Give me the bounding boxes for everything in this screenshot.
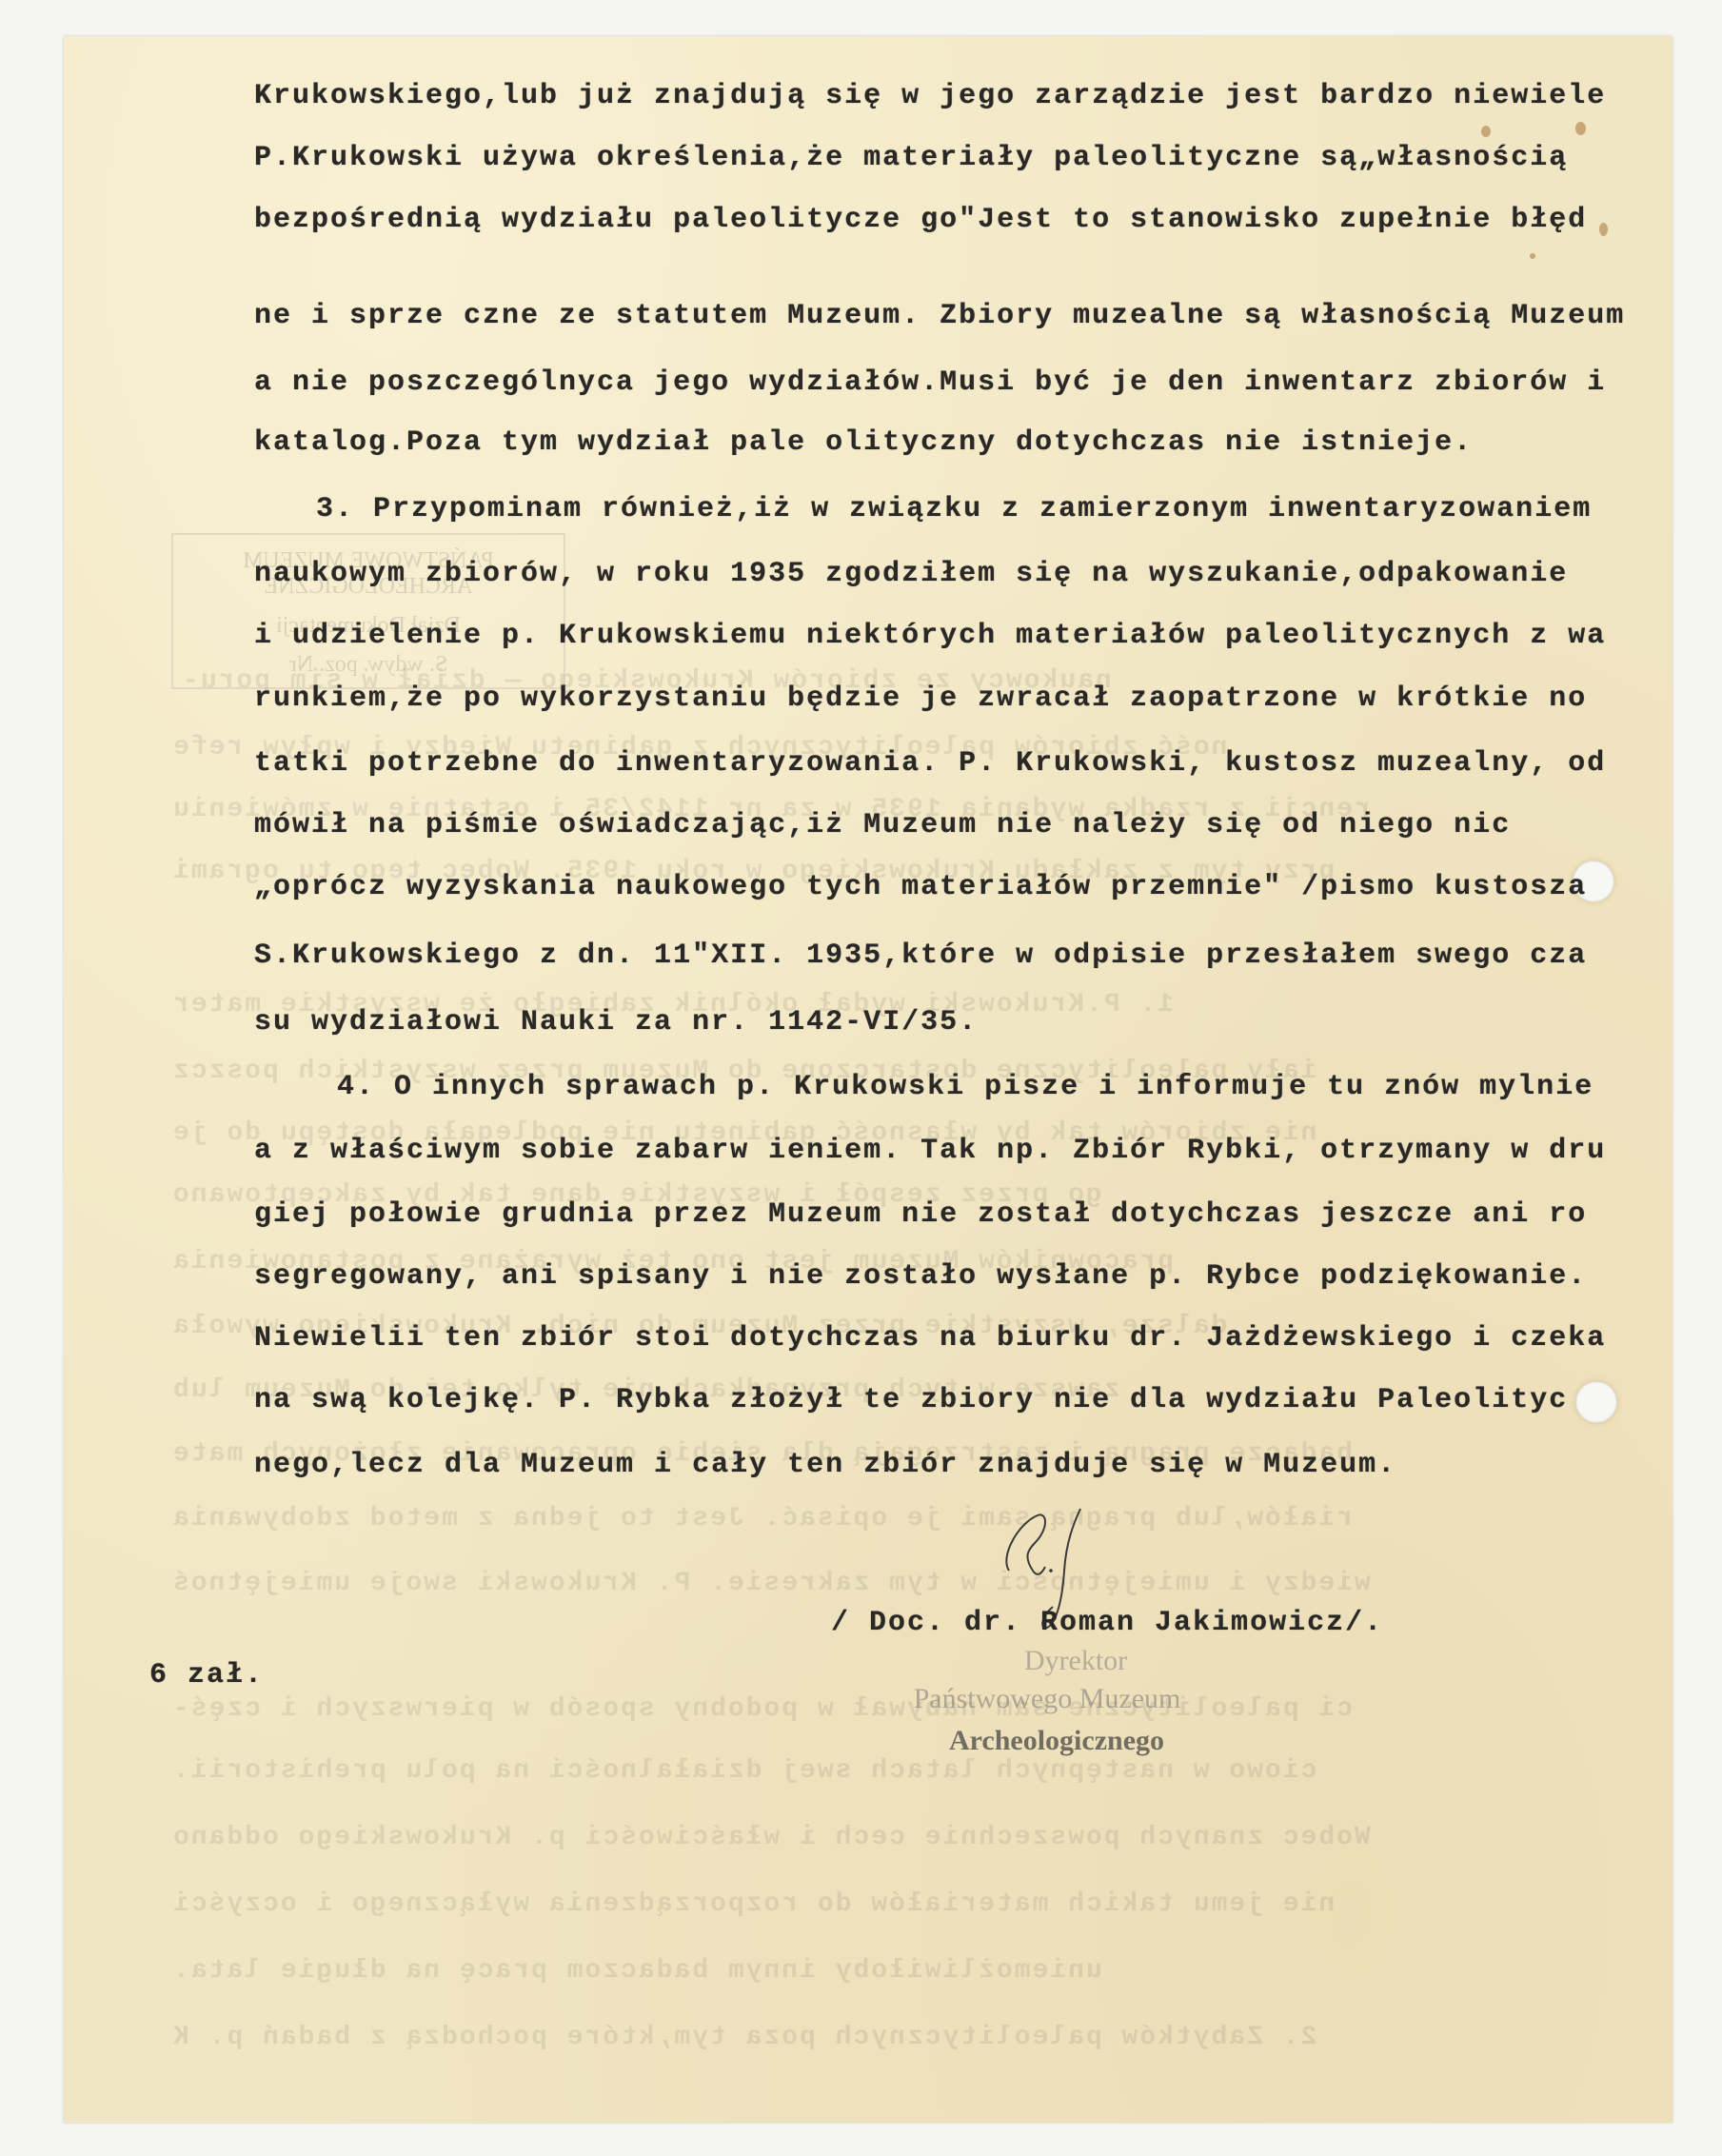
- text-line: S.Krukowskiego z dn. 11"XII. 1935,które …: [254, 940, 1587, 972]
- text-line: segregowany, ani spisany i nie zostało w…: [254, 1260, 1587, 1293]
- text-line: nego,lecz dla Muzeum i cały ten zbiór zn…: [254, 1449, 1396, 1481]
- bleed-through-stamp: PAŃSTWOWE MUZEUM ARCHEOLOGICZNE Dział Do…: [171, 533, 565, 689]
- text-line: P.Krukowski używa określenia,że materiał…: [254, 142, 1568, 174]
- text-line: ne i sprze czne ze statutem Muzeum. Zbio…: [254, 300, 1625, 332]
- text-line: Niewielii ten zbiór stoi dotychczas na b…: [254, 1322, 1606, 1355]
- paragraph-3-start: 3. Przypominam również,iż w związku z za…: [316, 493, 1592, 525]
- text-line: „oprócz wyzyskania naukowego tych materi…: [254, 871, 1587, 903]
- text-line: su wydziałowi Nauki za nr. 1142-VI/35.: [254, 1006, 978, 1038]
- rust-stain: [1530, 253, 1535, 259]
- text-line: a z właściwym sobie zabarw ieniem. Tak n…: [254, 1135, 1606, 1167]
- text-line: Krukowskiego,lub już znajdują się w jego…: [254, 80, 1606, 112]
- paragraph-4-start: 4. O innych sprawach p. Krukowski pisze …: [337, 1071, 1593, 1103]
- text-line: katalog.Poza tym wydział pale olityczny …: [254, 426, 1473, 459]
- text-line: bezpośrednią wydziału paleolitycze go"Je…: [254, 204, 1587, 236]
- rust-stain: [1575, 122, 1586, 135]
- stamp-line: S. wdyw. poz. Nr: [173, 652, 564, 678]
- text-line: runkiem,że po wykorzystaniu będzie je zw…: [254, 682, 1587, 715]
- signatory-name: / Doc. dr. Roman Jakimowicz/.: [831, 1607, 1383, 1639]
- stamp-line: Państwowego Muzeum: [895, 1683, 1199, 1715]
- rust-stain: [1481, 126, 1491, 137]
- text-line: giej połowie grudnia przez Muzeum nie zo…: [254, 1198, 1587, 1231]
- stamp-line: Dyrektor: [952, 1645, 1199, 1677]
- rust-stain: [1599, 223, 1608, 236]
- text-line: a nie poszczególnyca jego wydziałów.Musi…: [254, 366, 1606, 399]
- director-stamp: Dyrektor Państwowego Muzeum Archeologicz…: [895, 1645, 1199, 1757]
- text-line: naukowym zbiorów, w roku 1935 zgodziłem …: [254, 558, 1568, 590]
- text-line: na swą kolejkę. P. Rybka złożył te zbior…: [254, 1384, 1568, 1416]
- text-line: mówił na piśmie oświadczając,iż Muzeum n…: [254, 809, 1511, 841]
- enclosures-count: 6 zał.: [149, 1659, 264, 1691]
- text-line: i udzielenie p. Krukowskiemu niektórych …: [254, 620, 1606, 652]
- text-line: tatki potrzebne do inwentaryzowania. P. …: [254, 747, 1606, 780]
- punch-hole: [1575, 1381, 1617, 1423]
- stamp-line: Archeologicznego: [914, 1725, 1199, 1757]
